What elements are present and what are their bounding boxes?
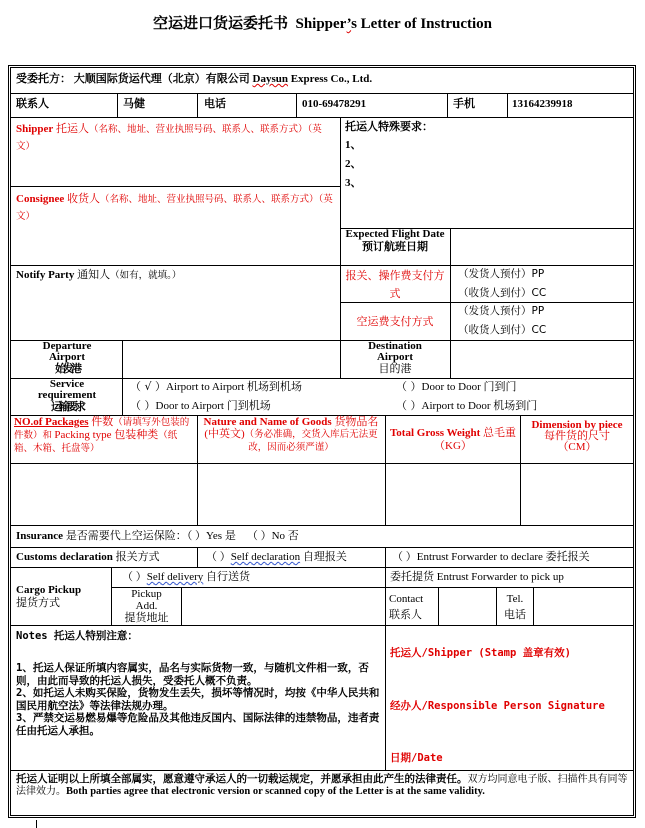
title-en-post: s Letter of Instruction [351,16,492,32]
contact-value[interactable]: 马健 [123,98,145,111]
notify-party-label-cn: 通知人 [74,269,110,281]
title-en-pre: Shipper [295,16,346,32]
pickup-address-input[interactable] [182,588,385,625]
air-freight-pp-option[interactable]: （发货人预付）PP [458,305,544,318]
customs-fee-cc-option[interactable]: （收货人到付）CC [458,287,546,300]
shipper-label-cn: 托运人 [53,123,89,135]
shipper-stamp-field[interactable]: 托运人/Shipper (Stamp 盖章有效) [390,647,571,660]
note-item-2: 2、如托运人未购买保险，货物发生丢失，损坏等情况时，均按《中华人民共和国民用航空… [16,687,382,712]
mobile-label: 手机 [453,98,475,111]
special-requirements-label: 托运人特殊要求： [345,121,433,134]
departure-airport-label: Departure Airport 始发港 [12,341,122,374]
agent-name-cn: 大顺国际货运代理（北京）有限公司 [74,73,250,85]
destination-airport-input[interactable] [451,341,633,378]
special-requirement-1[interactable]: 1、 [345,139,362,152]
phone-label: 电话 [204,98,226,111]
departure-airport-input[interactable] [123,341,340,378]
special-requirement-3[interactable]: 3、 [345,177,362,190]
mobile-value[interactable]: 13164239918 [512,98,573,111]
cell-packages[interactable] [12,464,197,525]
insurance-row: Insurance 是否需要代上空运保险：（ ）Yes 是 （ ）No 否 [16,530,616,543]
cargo-pickup-label: Cargo Pickup 提货方式 [16,584,81,610]
customs-label: Customs declaration 报关方式 [16,551,160,564]
checkbox-checked-icon[interactable]: （ √ ） [130,380,166,393]
air-freight-payment-label: 空运费支付方式 [342,315,448,328]
document-title: 空运进口货运委托书 Shipper’s Letter of Instructio… [0,12,645,33]
pickup-tel-input[interactable] [534,588,633,625]
consignee-label-en: Consignee [16,193,64,205]
expected-flight-input[interactable] [451,229,633,264]
shipper-field[interactable]: Shipper 托运人（名称、地址、营业执照号码、联系人、联系方式）（英文） [16,121,336,155]
pickup-contact-input[interactable] [439,588,496,625]
header-gross-weight: Total Gross Weight 总毛重 （KG） [388,427,518,453]
service-requirement-label-cn: 运输要求 [12,401,122,412]
destination-airport-label-cn: 目的港 [340,363,450,374]
consignee-label-cn: 收货人 [64,193,100,205]
note-item-3: 3、严禁交运易燃易爆等危险品及其他违反国内、国际法律的违禁物品，违者责任由托运人… [16,712,382,737]
agent-name-en: Express Co., Ltd. [288,73,372,85]
notify-party-label-en: Notify Party [16,269,74,281]
agent-name-en-brand: Daysun [253,73,288,85]
customs-fee-pp-option[interactable]: （发货人预付）PP [458,268,544,281]
air-freight-cc-option[interactable]: （收货人到付）CC [458,324,546,337]
agent-label: 受委托方： [16,73,71,85]
expected-flight-label-en: Expected Flight Date [342,229,448,240]
expected-flight-label: Expected Flight Date 预订航班日期 [342,229,448,253]
responsible-signature-field[interactable]: 经办人/Responsible Person Signature [390,700,605,713]
header-dimension: Dimension by piece 每件货的尺寸 （CM） [521,420,633,453]
notes-title: Notes 托运人特别注意： [16,630,138,643]
note-item-1: 1、托运人保证所填内容属实，品名与实际货物一致，与随机文件相一致，否则，由此而导… [16,662,382,687]
service-requirement-label: Service requirement 运输要求 [12,379,122,412]
customs-self-option[interactable]: （ ）Self declaration 自理报关 [206,551,347,564]
special-requirement-2[interactable]: 2、 [345,158,362,171]
header-packages: NO.of Packages 件数（请填写外包装的件数）和 Packing ty… [14,416,196,455]
consignee-field[interactable]: Consignee 收货人（名称、地址、营业执照号码、联系人、联系方式）（英文） [16,191,336,225]
insurance-yes-option[interactable]: （ ）Yes 是 [187,530,236,542]
checkbox-empty-icon[interactable]: （ ） [130,399,156,412]
destination-airport-label: Destination Airport 目的港 [340,341,450,374]
service-option-door-to-door[interactable]: （ ）Door to Door 门到门 [396,380,517,394]
expected-flight-label-cn: 预订航班日期 [342,240,448,253]
departure-airport-label-cn: 始发港 [12,363,122,374]
pickup-contact-label: Contact 联系人 [389,591,423,623]
pickup-entrust-option[interactable]: 委托提货 Entrust Forwarder to pick up [390,571,564,584]
destination-airport-label-en: Destination Airport [360,341,430,363]
insurance-label: Insurance [16,530,63,542]
phone-value[interactable]: 010-69478291 [302,98,366,111]
agent-row: 受委托方： 大顺国际货运代理（北京）有限公司 Daysun Express Co… [16,73,616,86]
service-option-airport-to-airport[interactable]: （ √ ）Airport to Airport 机场到机场 [130,380,302,394]
customs-fee-payment-label: 报关、操作费支付方式 [345,267,445,303]
service-requirement-label-en: Service requirement [27,379,107,401]
pickup-self-option[interactable]: （ ）Self delivery 自行送货 [122,571,250,584]
pickup-address-label: Pickup Add. 提货地址 [112,588,181,624]
notify-party-field[interactable]: Notify Party 通知人（如有，就填。） [16,269,336,283]
insurance-no-option[interactable]: （ ）No 否 [247,530,299,542]
service-option-door-to-airport[interactable]: （ ）Door to Airport 门到机场 [130,399,271,413]
checkbox-empty-icon[interactable]: （ ） [396,380,422,393]
cell-gross-weight[interactable] [386,464,520,525]
contact-label: 联系人 [16,98,49,111]
date-field[interactable]: 日期/Date [390,752,443,765]
notes-list: 1、托运人保证所填内容属实，品名与实际货物一致，与随机文件相一致，否则，由此而导… [16,662,382,737]
text-cursor [36,820,37,828]
header-goods-name: Nature and Name of Goods 货物品名(中英文)（务必准确，… [200,416,382,454]
title-cn: 空运进口货运委托书 [153,16,288,32]
cell-goods-name[interactable] [198,464,385,525]
departure-airport-label-en: Departure Airport [37,341,97,363]
service-option-airport-to-door[interactable]: （ ）Airport to Door 机场到门 [396,399,537,413]
pickup-tel-label: Tel. 电话 [497,591,533,623]
footer-declaration: 托运人证明以上所填全部属实，愿意遵守承运人的一切载运规定，并愿承担由此产生的法律… [16,774,632,798]
checkbox-empty-icon[interactable]: （ ） [396,399,422,412]
cell-dimension[interactable] [521,464,633,525]
shipper-label-en: Shipper [16,123,53,135]
customs-entrust-option[interactable]: （ ）Entrust Forwarder to declare 委托报关 [392,551,590,564]
notify-party-hint: （如有，就填。） [110,271,181,281]
